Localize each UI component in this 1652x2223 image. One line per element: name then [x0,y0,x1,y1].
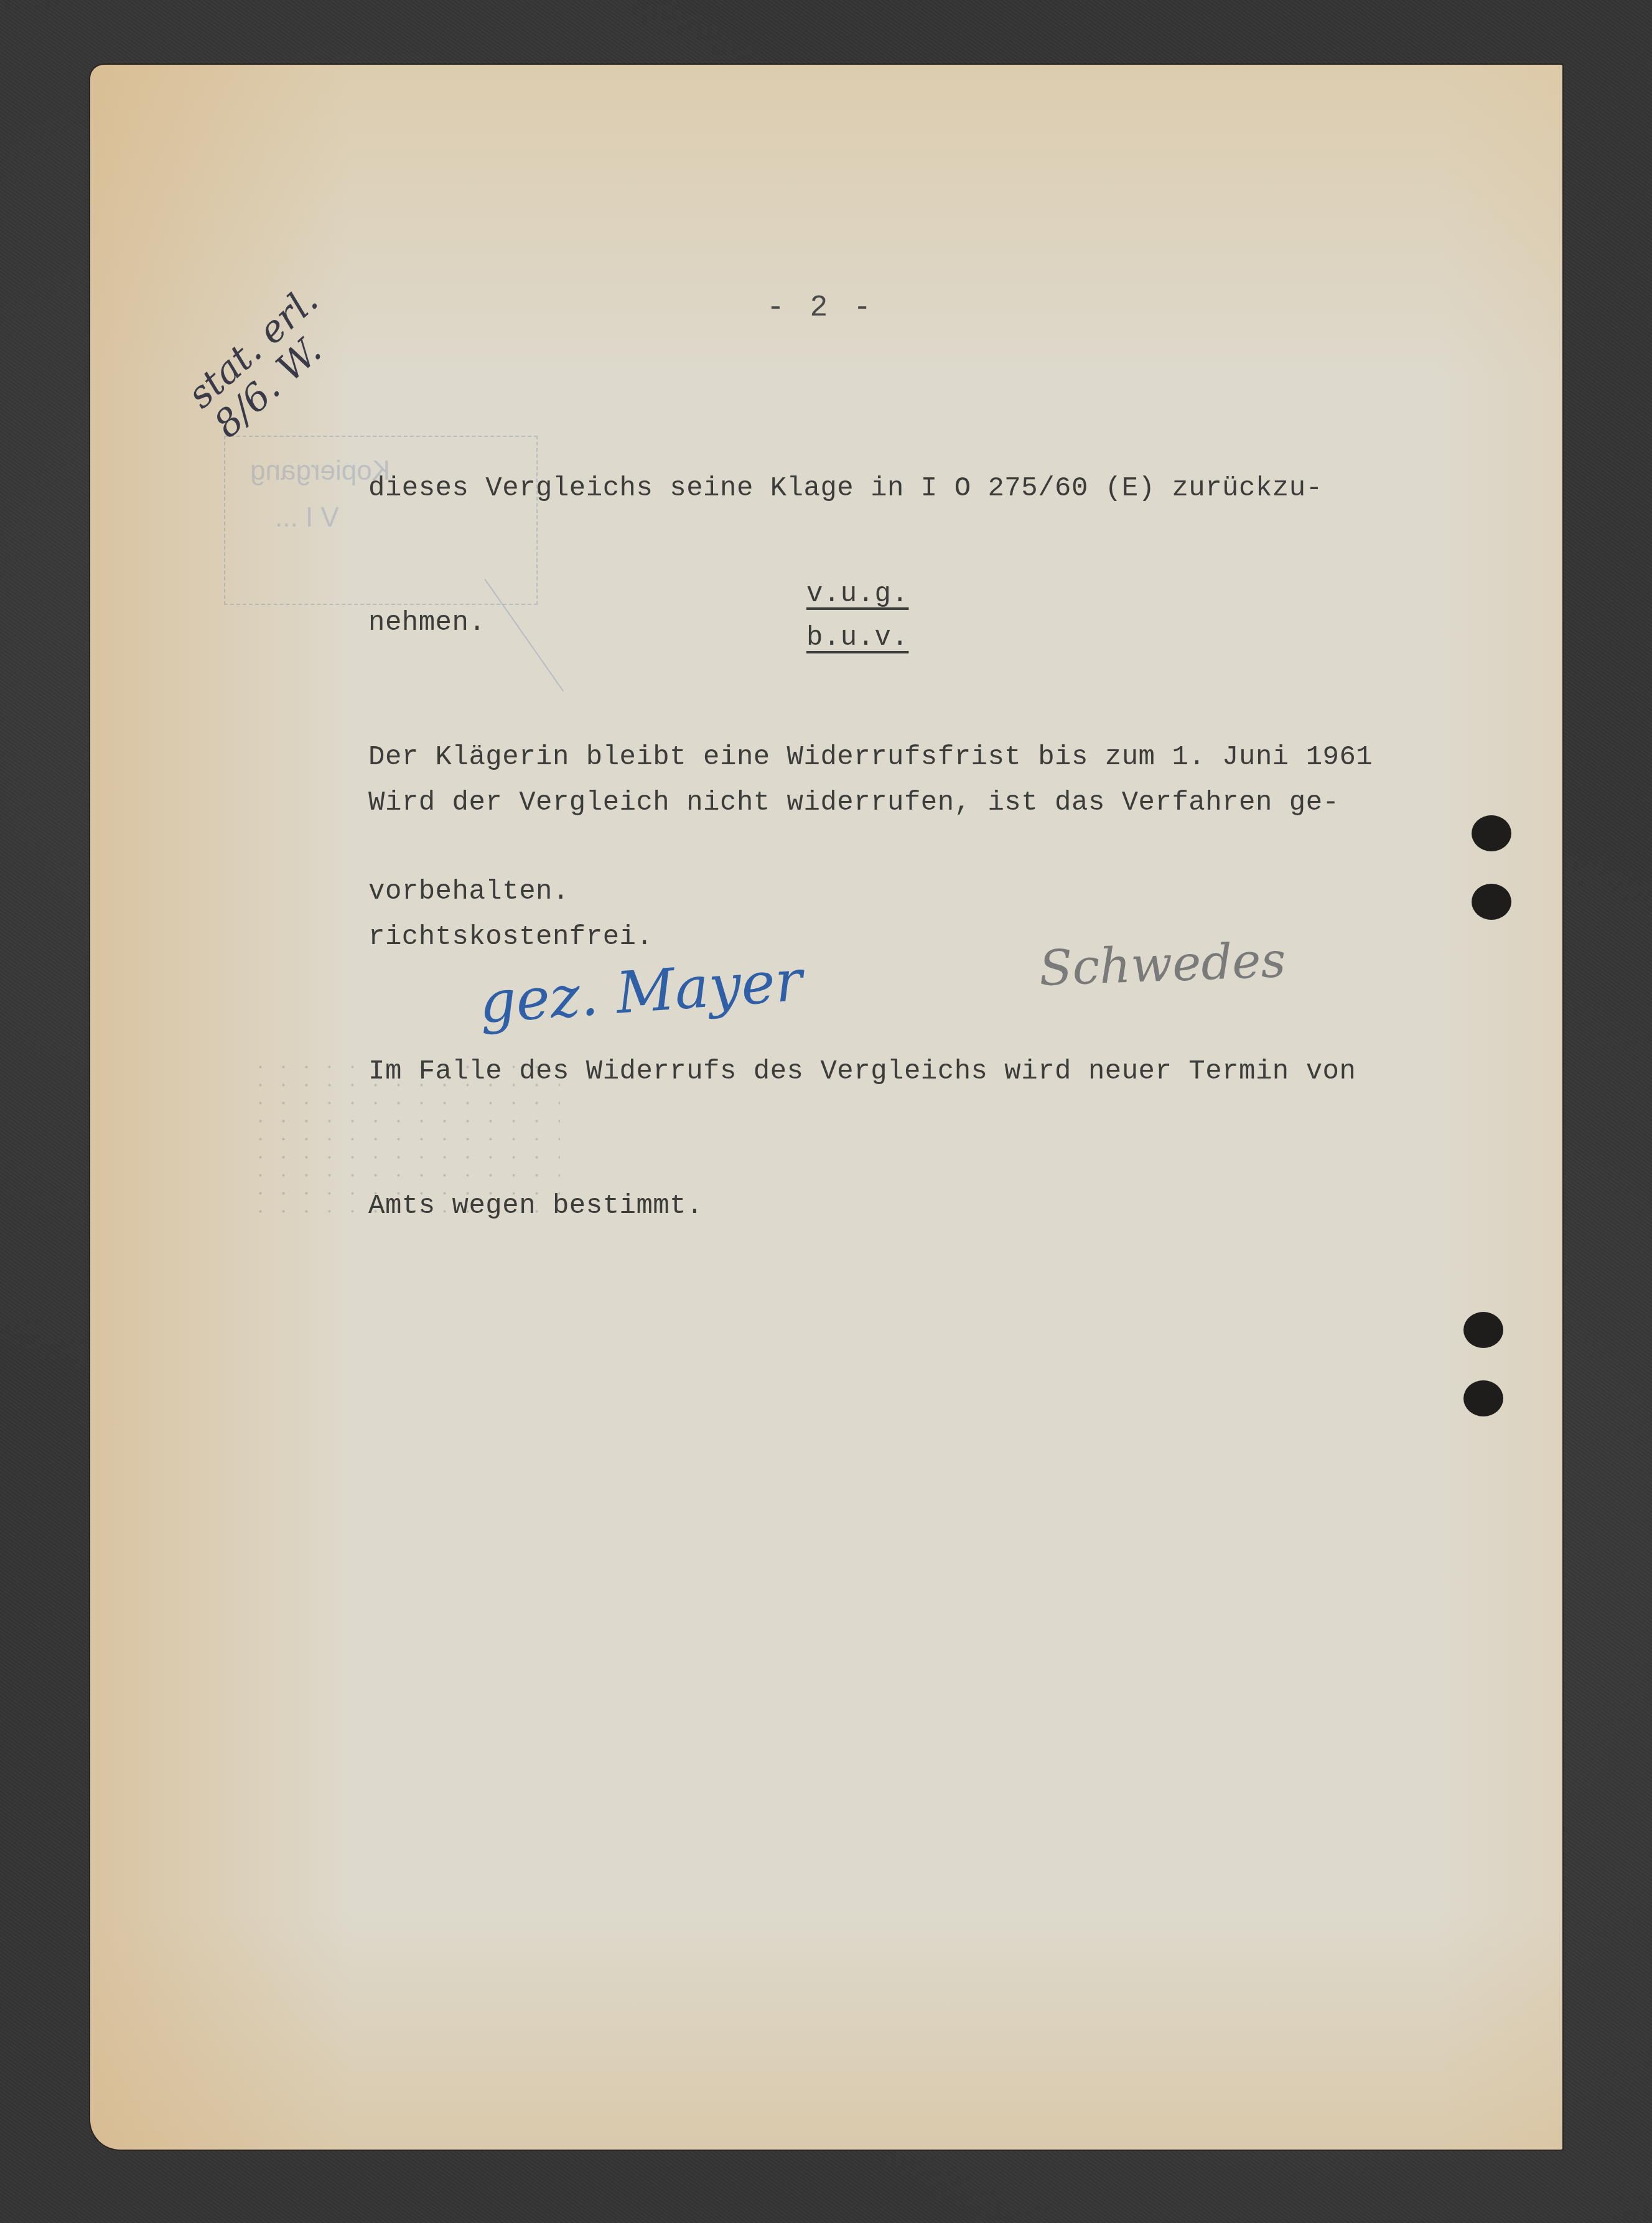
text-line: Wird der Vergleich nicht widerrufen, ist… [368,780,1356,825]
punch-hole-icon [1463,1312,1503,1348]
punch-hole-icon [1463,1380,1503,1416]
abbreviation-vug: v.u.g. [806,579,908,610]
punch-hole-icon [1472,884,1511,920]
margin-note: stat. erl. 8/6. W. [156,292,361,523]
page-number: - 2 - [767,291,875,325]
text-line: dieses Vergleichs seine Klage in I O 275… [368,466,1373,511]
margin-note-text: stat. erl. 8/6. W. [180,279,352,445]
punch-hole-icon [1472,815,1511,851]
signature-schwedes: Schwedes [1038,932,1287,997]
abbreviation-buv: b.u.v. [806,622,908,653]
faint-ink-specks [249,1058,560,1220]
